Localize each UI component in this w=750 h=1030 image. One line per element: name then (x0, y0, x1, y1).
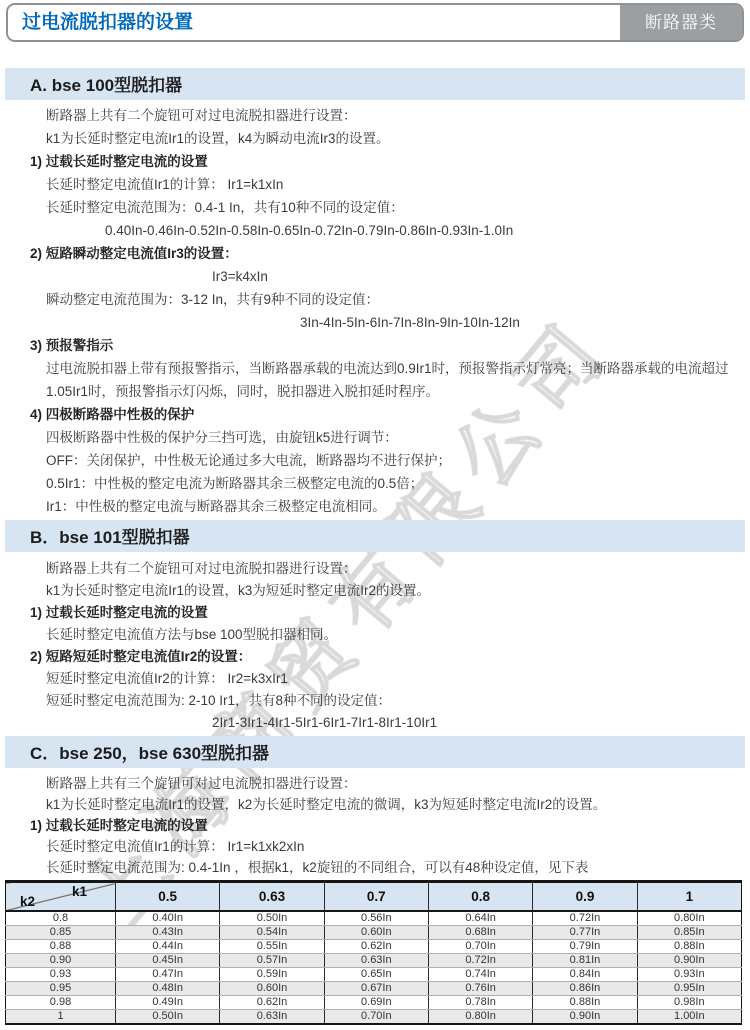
text-line: 0.5Ir1：中性极的整定电流为断路器其余三极整定电流的0.5倍； (0, 472, 742, 495)
text-line: 1) 过载长延时整定电流的设置 (0, 815, 742, 836)
table-cell: 0.63In (324, 954, 428, 968)
row-header: 0.8 (6, 911, 116, 926)
section-body-a: 断路器上共有二个旋钮可对过电流脱扣器进行设置：k1为长延时整定电流Ir1的设置，… (0, 100, 750, 520)
settings-table: k1 k2 0.50.630.70.80.91 0.80.40In0.50In0… (5, 880, 742, 1025)
text-line: 短延时整定电流值Ir2的计算： Ir2=k3xIr1 (0, 668, 742, 690)
table-cell: 0.79In (533, 940, 637, 954)
table-cell: 0.69In (324, 996, 428, 1010)
text-line: 0.40In-0.46In-0.52In-0.58In-0.65In-0.72I… (0, 219, 742, 242)
table-header-row: k1 k2 0.50.630.70.80.91 (6, 882, 742, 912)
text-line: 断路器上共有二个旋钮可对过电流脱扣器进行设置： (0, 104, 742, 127)
text-line: 过电流脱扣器上带有预报警指示，当断路器承载的电流达到0.9Ir1时，预报警指示灯… (0, 357, 742, 403)
table-cell: 0.68In (428, 926, 532, 940)
text-line: 1) 过载长延时整定电流的设置 (0, 602, 742, 624)
text-line: 2Ir1-3Ir1-4Ir1-5Ir1-6Ir1-7Ir1-8Ir1-10Ir1 (0, 712, 742, 734)
table-cell: 0.65In (324, 968, 428, 982)
table-body: 0.80.40In0.50In0.56In0.64In0.72In0.80In0… (6, 911, 742, 1024)
table-row: 10.50In0.63In0.70In0.80In0.90In1.00In (6, 1010, 742, 1025)
row-header: 1 (6, 1010, 116, 1025)
table-cell: 0.88In (637, 940, 741, 954)
table-cell: 0.74In (428, 968, 532, 982)
column-header: 0.5 (116, 882, 220, 912)
column-header: 0.7 (324, 882, 428, 912)
text-line: 长延时整定电流值Ir1的计算： Ir1=k1xk2xIn (0, 836, 742, 857)
table-cell: 0.49In (116, 996, 220, 1010)
table-cell: 0.90In (637, 954, 741, 968)
text-line: 长延时整定电流值Ir1的计算： Ir1=k1xIn (0, 173, 742, 196)
table-cell: 0.50In (220, 911, 324, 926)
row-header: 0.88 (6, 940, 116, 954)
sections: A. bse 100型脱扣器断路器上共有二个旋钮可对过电流脱扣器进行设置：k1为… (0, 68, 750, 880)
k2-axis-label: k2 (20, 894, 35, 909)
row-header: 0.95 (6, 982, 116, 996)
text-line: 短延时整定电流范围为: 2-10 Ir1，共有8种不同的设定值： (0, 690, 742, 712)
section-header-a: A. bse 100型脱扣器 (5, 68, 745, 100)
table-cell: 0.57In (220, 954, 324, 968)
table-cell: 0.72In (533, 911, 637, 926)
table-row: 0.950.48In0.60In0.67In0.76In0.86In0.95In (6, 982, 742, 996)
text-line: 瞬动整定电流范围为：3-12 In，共有9种不同的设定值： (0, 288, 742, 311)
page: 上海商贸有限公司 过电流脱扣器的设置 断路器类 A. bse 100型脱扣器断路… (0, 3, 750, 1030)
table-cell: 0.93In (637, 968, 741, 982)
table-cell: 0.90In (533, 1010, 637, 1025)
row-header: 0.93 (6, 968, 116, 982)
table-cell: 0.77In (533, 926, 637, 940)
table-cell: 0.67In (324, 982, 428, 996)
table-cell: 0.78In (428, 996, 532, 1010)
text-line: 3) 预报警指示 (0, 334, 742, 357)
text-line: k1为长延时整定电流Ir1的设置，k2为长延时整定电流的微调，k3为短延时整定电… (0, 794, 742, 815)
text-line: Ir3=k4xIn (0, 265, 742, 288)
column-header: 0.63 (220, 882, 324, 912)
table-cell: 0.60In (324, 926, 428, 940)
text-line: 2) 短路瞬动整定电流值Ir3的设置： (0, 242, 742, 265)
row-header: 0.90 (6, 954, 116, 968)
table-cell: 0.50In (116, 1010, 220, 1025)
table-row: 0.80.40In0.50In0.56In0.64In0.72In0.80In (6, 911, 742, 926)
text-line: 长延时整定电流范围为: 0.4-1In ，根据k1，k2旋钮的不同组合，可以有4… (0, 857, 742, 878)
table-row: 0.900.45In0.57In0.63In0.72In0.81In0.90In (6, 954, 742, 968)
table-cell: 0.64In (428, 911, 532, 926)
document-content: 过电流脱扣器的设置 断路器类 A. bse 100型脱扣器断路器上共有二个旋钮可… (0, 3, 750, 1030)
text-line: 长延时整定电流值方法与bse 100型脱扣器相同。 (0, 624, 742, 646)
column-header: 0.9 (533, 882, 637, 912)
table-cell: 0.95In (637, 982, 741, 996)
text-line: 1) 过载长延时整定电流的设置 (0, 150, 742, 173)
table-cell: 0.70In (428, 940, 532, 954)
text-line: 4) 四极断路器中性极的保护 (0, 403, 742, 426)
column-header: 1 (637, 882, 741, 912)
table-cell: 0.76In (428, 982, 532, 996)
table-cell: 0.60In (220, 982, 324, 996)
table-cell: 0.98In (637, 996, 741, 1010)
text-line: k1为长延时整定电流Ir1的设置，k3为短延时整定电流Ir2的设置。 (0, 580, 742, 602)
table-cell: 1.00In (637, 1010, 741, 1025)
table-cell: 0.72In (428, 954, 532, 968)
text-line: 四极断路器中性极的保护分三挡可选，由旋钮k5进行调节： (0, 426, 742, 449)
table-cell: 0.55In (220, 940, 324, 954)
text-line: 3In-4In-5In-6In-7In-8In-9In-10In-12In (0, 311, 742, 334)
text-line: OFF：关闭保护，中性极无论通过多大电流，断路器均不进行保护； (0, 449, 742, 472)
table-row: 0.930.47In0.59In0.65In0.74In0.84In0.93In (6, 968, 742, 982)
table-cell: 0.84In (533, 968, 637, 982)
text-line: Ir1：中性极的整定电流与断路器其余三极整定电流相同。 (0, 495, 742, 518)
table-cell: 0.85In (637, 926, 741, 940)
text-line: k1为长延时整定电流Ir1的设置，k4为瞬动电流Ir3的设置。 (0, 127, 742, 150)
table-corner-cell: k1 k2 (6, 882, 116, 912)
table-cell: 0.48In (116, 982, 220, 996)
column-header: 0.8 (428, 882, 532, 912)
table-cell: 0.86In (533, 982, 637, 996)
table-cell: 0.63In (220, 1010, 324, 1025)
text-line: 2) 短路短延时整定电流值Ir2的设置： (0, 646, 742, 668)
table-cell: 0.81In (533, 954, 637, 968)
table-row: 0.980.49In0.62In0.69In0.78In0.88In0.98In (6, 996, 742, 1010)
table-cell: 0.43In (116, 926, 220, 940)
table-cell: 0.56In (324, 911, 428, 926)
text-line: 长延时整定电流范围为：0.4-1 In，共有10种不同的设定值： (0, 196, 742, 219)
table-cell: 0.44In (116, 940, 220, 954)
table-cell: 0.59In (220, 968, 324, 982)
table-cell: 0.80In (428, 1010, 532, 1025)
page-title: 过电流脱扣器的设置 (8, 5, 193, 40)
row-header: 0.85 (6, 926, 116, 940)
section-body-c: 断路器上共有三个旋钮可对过电流脱扣器进行设置：k1为长延时整定电流Ir1的设置，… (0, 768, 750, 880)
row-header: 0.98 (6, 996, 116, 1010)
table-cell: 0.80In (637, 911, 741, 926)
section-header-c: C．bse 250，bse 630型脱扣器 (5, 736, 745, 768)
table-row: 0.880.44In0.55In0.62In0.70In0.79In0.88In (6, 940, 742, 954)
section-body-b: 断路器上共有二个旋钮可对过电流脱扣器进行设置：k1为长延时整定电流Ir1的设置，… (0, 552, 750, 736)
table-cell: 0.88In (533, 996, 637, 1010)
table-cell: 0.45In (116, 954, 220, 968)
table-cell: 0.40In (116, 911, 220, 926)
text-line: 断路器上共有二个旋钮可对过电流脱扣器进行设置： (0, 558, 742, 580)
table-cell: 0.54In (220, 926, 324, 940)
page-header: 过电流脱扣器的设置 断路器类 (6, 3, 744, 42)
category-badge: 断路器类 (620, 5, 742, 40)
table-cell: 0.62In (324, 940, 428, 954)
table-cell: 0.47In (116, 968, 220, 982)
k1-axis-label: k1 (72, 884, 87, 899)
text-line: 断路器上共有三个旋钮可对过电流脱扣器进行设置： (0, 773, 742, 794)
section-header-b: B．bse 101型脱扣器 (5, 520, 745, 552)
table-cell: 0.62In (220, 996, 324, 1010)
table-cell: 0.70In (324, 1010, 428, 1025)
table-row: 0.850.43In0.54In0.60In0.68In0.77In0.85In (6, 926, 742, 940)
